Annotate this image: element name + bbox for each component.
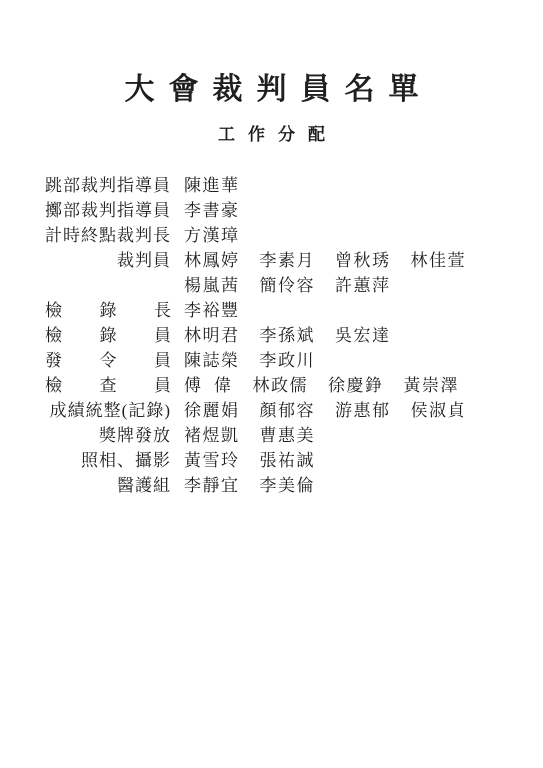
person-name: 林明君	[184, 323, 240, 348]
name-line: 李裕豐	[184, 298, 240, 323]
roster-row: 發令員陳誌榮李政川	[45, 348, 543, 373]
name-lines: 徐麗娟顏郁容游惠郁侯淑貞	[171, 398, 466, 423]
roster-row: 醫護組李靜宜李美倫	[45, 473, 543, 498]
role-label-char: 錄	[100, 323, 117, 348]
person-name: 褚煜凱	[184, 423, 240, 448]
person-name: 徐麗娟	[184, 398, 240, 423]
name-lines: 李裕豐	[171, 298, 240, 323]
name-line: 楊嵐茜簡伶容許蕙萍	[184, 273, 466, 298]
person-name: 楊嵐茜	[184, 273, 240, 298]
name-line: 方漢璋	[184, 223, 240, 248]
person-name: 簡伶容	[260, 273, 316, 298]
name-line: 李靜宜李美倫	[184, 473, 315, 498]
name-lines: 陳進華	[171, 173, 240, 198]
role-label: 檢錄長	[45, 298, 171, 323]
person-name: 顏郁容	[260, 398, 316, 423]
role-label: 獎牌發放	[45, 423, 171, 448]
page-title: 大會裁判員名單	[0, 70, 543, 109]
roster-row: 照相、攝影黃雪玲張祐誠	[45, 448, 543, 473]
name-line: 褚煜凱曹惠美	[184, 423, 315, 448]
role-label-char: 檢	[45, 298, 62, 323]
role-label: 計時終點裁判長	[45, 223, 171, 248]
role-label: 醫護組	[45, 473, 171, 498]
role-label-char: 查	[100, 373, 117, 398]
person-name: 方漢璋	[184, 223, 240, 248]
roster-list: 跳部裁判指導員陳進華擲部裁判指導員李書豪計時終點裁判長方漢璋裁判員林鳳婷李素月曾…	[0, 173, 543, 498]
role-label: 跳部裁判指導員	[45, 173, 171, 198]
role-label: 檢查員	[45, 373, 171, 398]
name-lines: 林明君李孫斌吳宏達	[171, 323, 391, 348]
role-label-char: 員	[154, 323, 171, 348]
roster-row: 裁判員林鳳婷李素月曾秋琇林佳萱楊嵐茜簡伶容許蕙萍	[45, 248, 543, 298]
name-lines: 陳誌榮李政川	[171, 348, 315, 373]
name-lines: 方漢璋	[171, 223, 240, 248]
name-line: 林明君李孫斌吳宏達	[184, 323, 391, 348]
roster-row: 計時終點裁判長方漢璋	[45, 223, 543, 248]
person-name: 許蕙萍	[335, 273, 391, 298]
roster-row: 獎牌發放褚煜凱曹惠美	[45, 423, 543, 448]
role-label-char: 檢	[45, 323, 62, 348]
role-label-char: 員	[154, 348, 171, 373]
name-line: 傅 偉林政儒徐慶錚黃崇澤	[184, 373, 459, 398]
name-lines: 傅 偉林政儒徐慶錚黃崇澤	[171, 373, 459, 398]
role-label-char: 錄	[100, 298, 117, 323]
person-name: 李素月	[260, 248, 316, 273]
person-name: 林鳳婷	[184, 248, 240, 273]
role-label-char: 員	[154, 373, 171, 398]
role-label-char: 檢	[45, 373, 62, 398]
person-name: 李政川	[260, 348, 316, 373]
person-name: 傅 偉	[184, 373, 233, 398]
role-label-char: 發	[45, 348, 62, 373]
person-name: 張祐誠	[260, 448, 316, 473]
name-lines: 李靜宜李美倫	[171, 473, 315, 498]
person-name: 曹惠美	[260, 423, 316, 448]
page-subtitle: 工作分配	[0, 124, 543, 146]
role-label: 擲部裁判指導員	[45, 198, 171, 223]
person-name: 侯淑貞	[411, 398, 467, 423]
person-name: 陳進華	[184, 173, 240, 198]
roster-row: 檢錄長李裕豐	[45, 298, 543, 323]
person-name: 李美倫	[260, 473, 316, 498]
roster-row: 成績統整(記錄)徐麗娟顏郁容游惠郁侯淑貞	[45, 398, 543, 423]
role-label: 發令員	[45, 348, 171, 373]
name-line: 徐麗娟顏郁容游惠郁侯淑貞	[184, 398, 466, 423]
person-name: 曾秋琇	[335, 248, 391, 273]
name-line: 黃雪玲張祐誠	[184, 448, 315, 473]
role-label: 照相、攝影	[45, 448, 171, 473]
person-name: 李靜宜	[184, 473, 240, 498]
person-name: 李書豪	[184, 198, 240, 223]
name-line: 林鳳婷李素月曾秋琇林佳萱	[184, 248, 466, 273]
person-name: 林政儒	[253, 373, 309, 398]
roster-row: 檢錄員林明君李孫斌吳宏達	[45, 323, 543, 348]
name-line: 李書豪	[184, 198, 240, 223]
name-lines: 黃雪玲張祐誠	[171, 448, 315, 473]
person-name: 黃雪玲	[184, 448, 240, 473]
role-label: 成績統整(記錄)	[45, 398, 171, 423]
person-name: 黃崇澤	[404, 373, 460, 398]
person-name: 陳誌榮	[184, 348, 240, 373]
role-label-char: 令	[100, 348, 117, 373]
person-name: 吳宏達	[335, 323, 391, 348]
role-label: 檢錄員	[45, 323, 171, 348]
roster-row: 檢查員傅 偉林政儒徐慶錚黃崇澤	[45, 373, 543, 398]
name-line: 陳誌榮李政川	[184, 348, 315, 373]
name-lines: 褚煜凱曹惠美	[171, 423, 315, 448]
person-name: 游惠郁	[335, 398, 391, 423]
roster-row: 跳部裁判指導員陳進華	[45, 173, 543, 198]
person-name: 林佳萱	[411, 248, 467, 273]
document-page: 大會裁判員名單 工作分配 跳部裁判指導員陳進華擲部裁判指導員李書豪計時終點裁判長…	[0, 0, 543, 768]
person-name: 李裕豐	[184, 298, 240, 323]
name-lines: 李書豪	[171, 198, 240, 223]
role-label-char: 長	[154, 298, 171, 323]
person-name: 徐慶錚	[328, 373, 384, 398]
name-line: 陳進華	[184, 173, 240, 198]
person-name: 李孫斌	[260, 323, 316, 348]
roster-row: 擲部裁判指導員李書豪	[45, 198, 543, 223]
role-label: 裁判員	[45, 248, 171, 273]
name-lines: 林鳳婷李素月曾秋琇林佳萱楊嵐茜簡伶容許蕙萍	[171, 248, 466, 298]
